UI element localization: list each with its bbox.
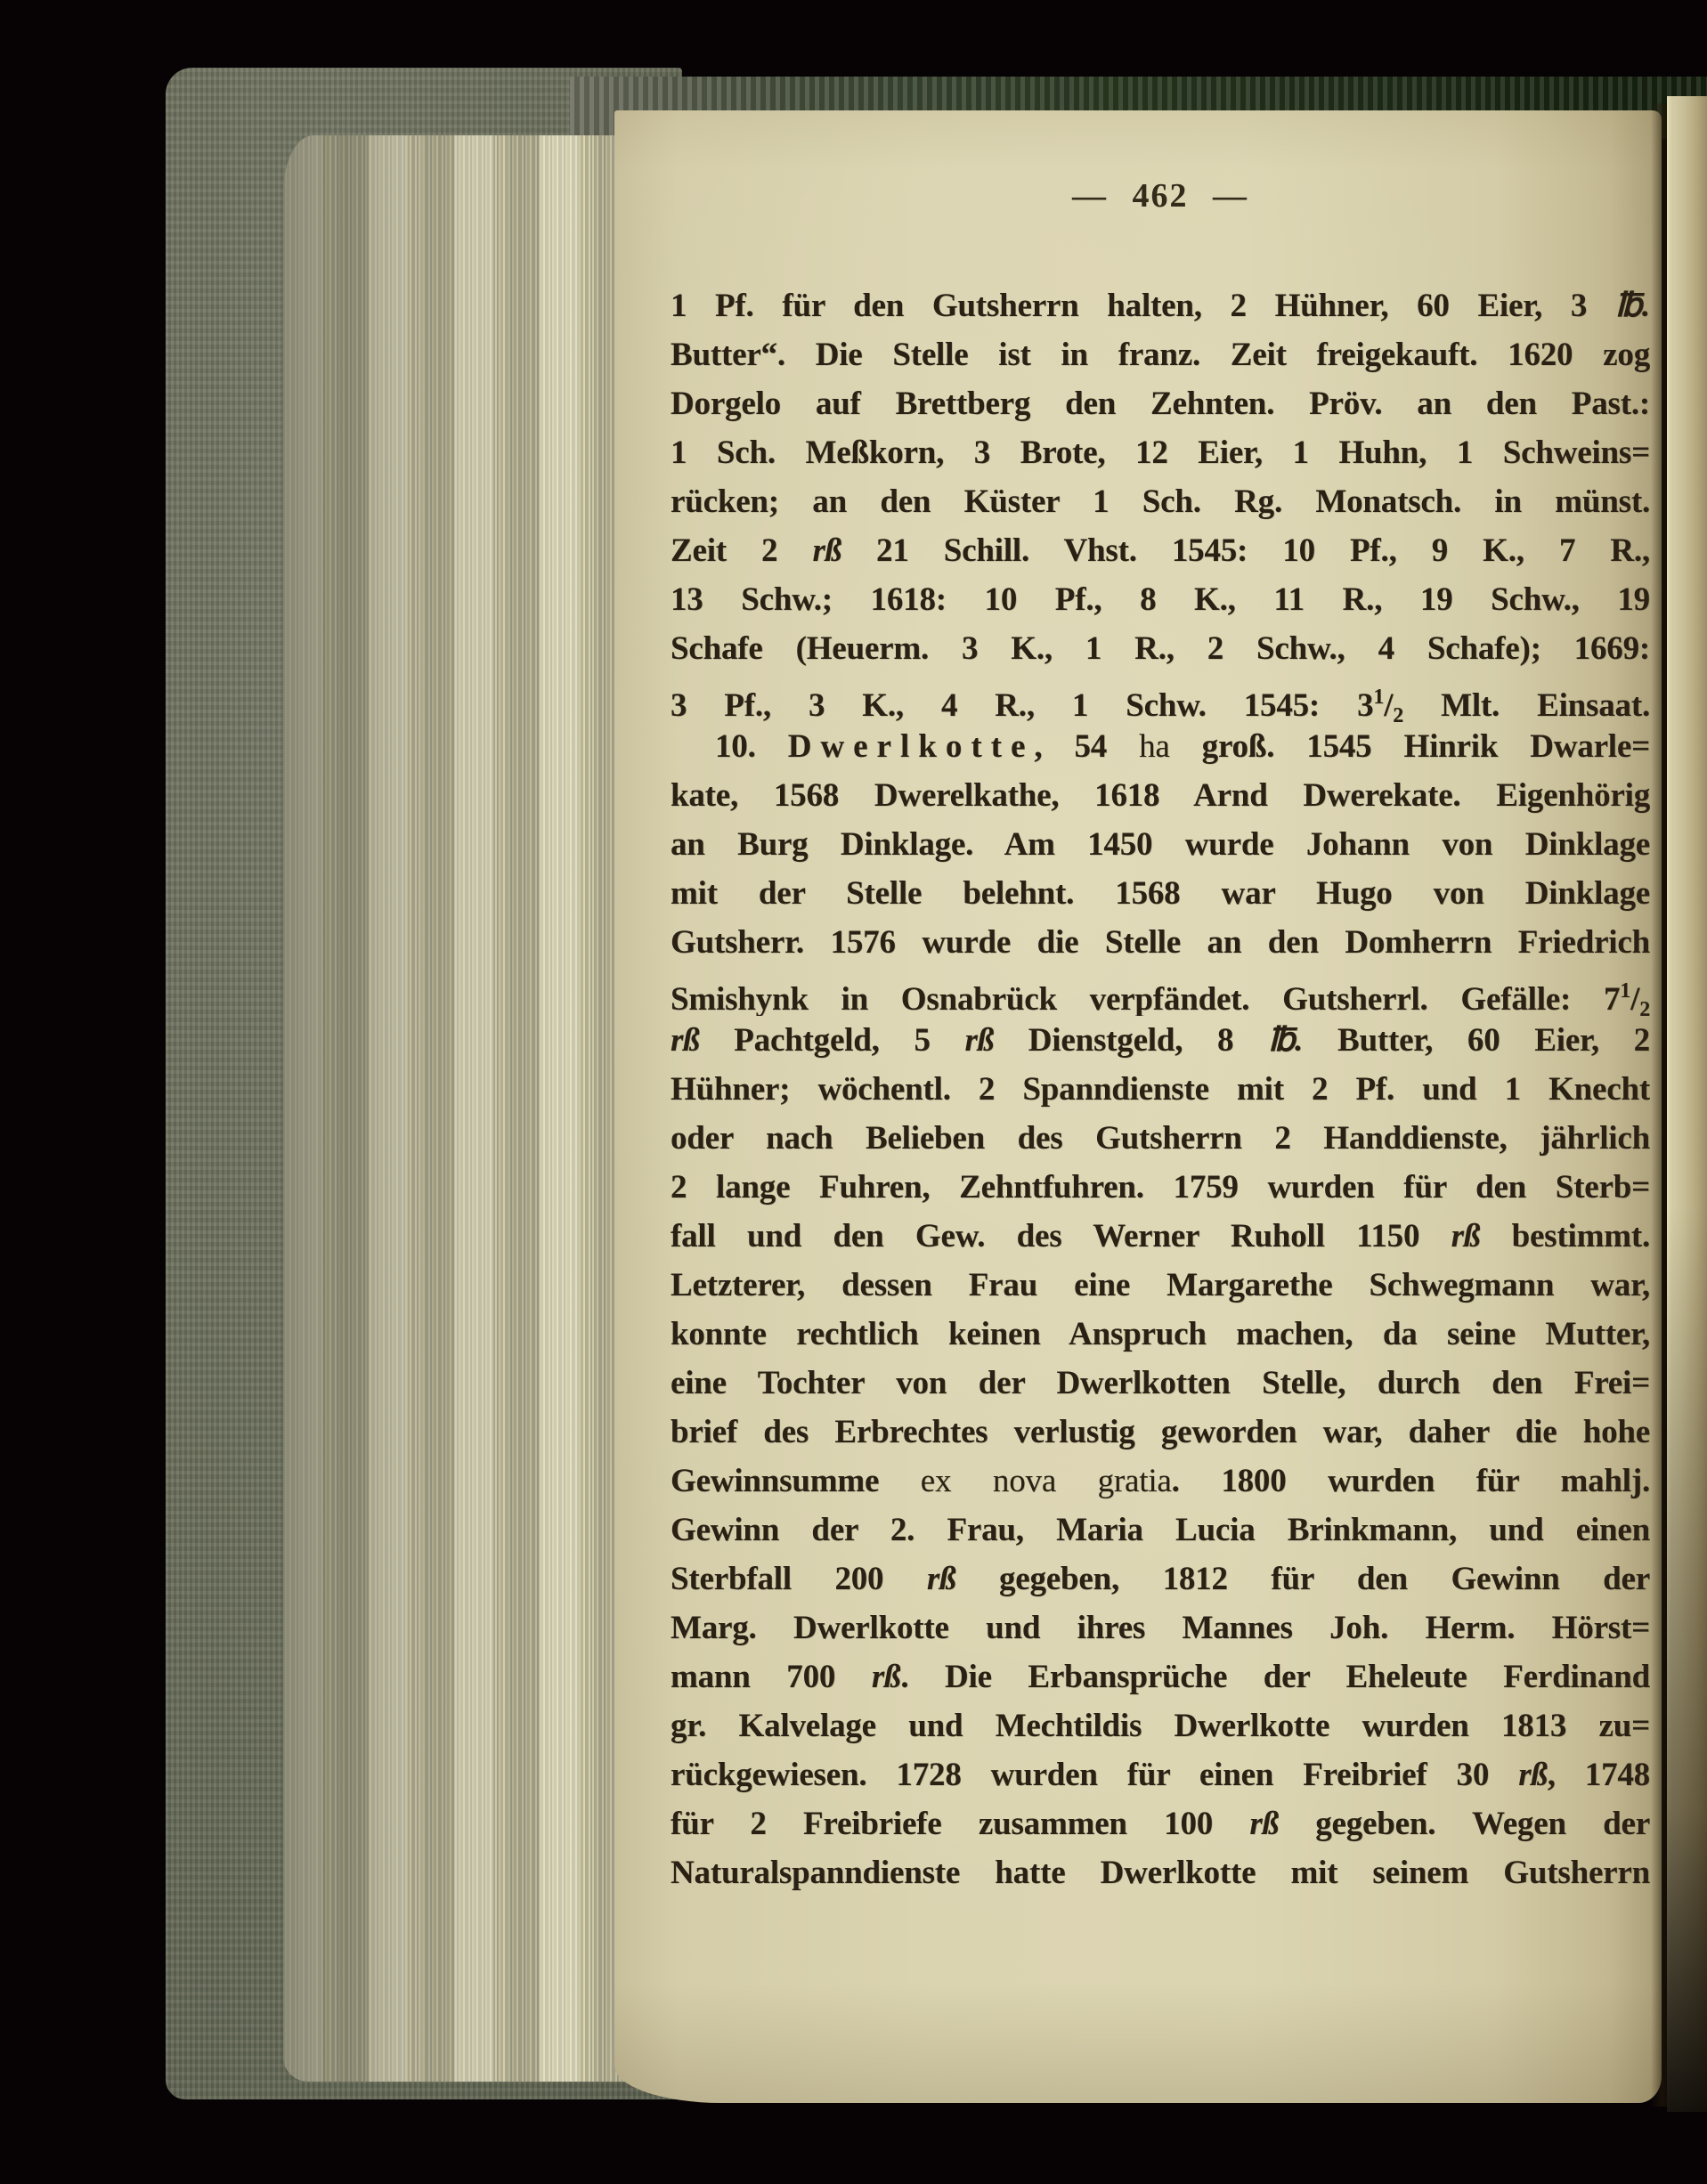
- text-segment: konnte rechtlich keinen Anspruch machen,…: [671, 1316, 1650, 1352]
- text-segment: Schafe (Heuerm. 3 K., 1 R., 2 Schw., 4 S…: [671, 630, 1650, 667]
- text-segment: groß. 1545 Hinrik Dwarle=: [1170, 728, 1650, 765]
- text-line: 13 Schw.; 1618: 10 Pf., 8 K., 11 R., 19 …: [671, 575, 1650, 624]
- text-segment: gegeben, 1812 für den Gewinn der: [955, 1561, 1650, 1597]
- text-line: rücken; an den Küster 1 Sch. Rg. Monatsc…: [671, 477, 1650, 526]
- text-line: 3 Pf., 3 K., 4 R., 1 Schw. 1545: 31/2 Ml…: [671, 673, 1650, 722]
- text-line: Butter“. Die Stelle ist in franz. Zeit f…: [671, 330, 1650, 379]
- text-segment: Dienstgeld, 8: [994, 1022, 1268, 1059]
- text-line: Dorgelo auf Brettberg den Zehnten. Pröv.…: [671, 379, 1650, 428]
- text-segment: Gewinnsumme: [671, 1463, 921, 1499]
- text-segment: rß: [1451, 1218, 1481, 1254]
- text-line: Zeit 2 rß 21 Schill. Vhst. 1545: 10 Pf.,…: [671, 526, 1650, 575]
- text-segment: Sterbfall 200: [671, 1561, 927, 1597]
- text-segment: oder nach Belieben des Gutsherrn 2 Handd…: [671, 1120, 1650, 1157]
- text-segment: für 2 Freibriefe zusammen 100: [671, 1806, 1249, 1842]
- text-segment: mit der Stelle belehnt. 1568 war Hugo vo…: [671, 875, 1650, 912]
- text-line: Naturalspanndienste hatte Dwerlkotte mit…: [671, 1848, 1650, 1897]
- text-segment: 2: [1639, 998, 1650, 1016]
- text-segment: ha: [1139, 728, 1170, 765]
- text-line: mann 700 rß. Die Erbansprüche der Eheleu…: [671, 1652, 1650, 1701]
- text-segment: mann 700: [671, 1659, 872, 1695]
- text-segment: rücken; an den Küster 1 Sch. Rg. Monatsc…: [671, 483, 1650, 520]
- photo-backdrop: — 462 — 1 Pf. für den Gutsherrn halten, …: [0, 0, 1707, 2184]
- text-segment: rß: [872, 1659, 901, 1695]
- text-segment: Mlt. Einsaat.: [1403, 687, 1650, 722]
- text-segment: bestimmt.: [1480, 1218, 1650, 1254]
- text-line: Gewinn der 2. Frau, Maria Lucia Brinkman…: [671, 1506, 1650, 1555]
- text-line: rückgewiesen. 1728 wurden für einen Frei…: [671, 1750, 1650, 1799]
- text-line: Hühner; wöchentl. 2 Spanndienste mit 2 P…: [671, 1065, 1650, 1114]
- text-segment: rß: [1249, 1806, 1279, 1842]
- text-line: 1 Sch. Meßkorn, 3 Brote, 12 Eier, 1 Huhn…: [671, 428, 1650, 477]
- text-line: für 2 Freibriefe zusammen 100 rß gegeben…: [671, 1799, 1650, 1848]
- text-segment: Dwerlkotte: [788, 728, 1035, 765]
- text-block: 1 Pf. für den Gutsherrn halten, 2 Hühner…: [671, 281, 1650, 1897]
- text-segment: Gewinn der 2. Frau, Maria Lucia Brinkman…: [671, 1512, 1650, 1548]
- text-segment: rß: [927, 1561, 956, 1597]
- text-line: Sterbfall 200 rß gegeben, 1812 für den G…: [671, 1555, 1650, 1603]
- text-segment: eine Tochter von der Dwerlkotten Stelle,…: [671, 1365, 1650, 1401]
- page-header: — 462 —: [671, 176, 1650, 215]
- text-segment: Letzterer, dessen Frau eine Margarethe S…: [671, 1267, 1650, 1303]
- text-segment: /: [1384, 687, 1393, 722]
- text-line: eine Tochter von der Dwerlkotten Stelle,…: [671, 1359, 1650, 1408]
- text-segment: fall und den Gew. des Werner Ruholl 1150: [671, 1218, 1451, 1254]
- text-segment: 13 Schw.; 1618: 10 Pf., 8 K., 11 R., 19 …: [671, 581, 1650, 618]
- text-line: gr. Kalvelage und Mechtildis Dwerlkotte …: [671, 1701, 1650, 1750]
- text-segment: Butter, 60 Eier, 2: [1303, 1022, 1650, 1059]
- text-line: rß Pachtgeld, 5 rß Dienstgeld, 8 ℔. Butt…: [671, 1016, 1650, 1065]
- text-segment: 1 Sch. Meßkorn, 3 Brote, 12 Eier, 1 Huhn…: [671, 434, 1650, 471]
- text-line: Smishynk in Osnabrück verpfändet. Gutshe…: [671, 967, 1650, 1016]
- text-segment: gegeben. Wegen der: [1279, 1806, 1650, 1842]
- text-segment: kate, 1568 Dwerelkathe, 1618 Arnd Dwerek…: [671, 777, 1650, 814]
- text-line: Letzterer, dessen Frau eine Margarethe S…: [671, 1261, 1650, 1310]
- text-segment: Dorgelo auf Brettberg den Zehnten. Pröv.…: [671, 386, 1650, 422]
- text-line: oder nach Belieben des Gutsherrn 2 Handd…: [671, 1114, 1650, 1163]
- text-segment: an Burg Dinklage. Am 1450 wurde Johann v…: [671, 826, 1650, 863]
- text-segment: 1 Pf. für den Gutsherrn halten, 2 Hühner…: [671, 288, 1615, 324]
- text-segment: , 54: [1034, 728, 1139, 765]
- text-segment: rß: [812, 532, 841, 569]
- text-segment: ℔.: [1268, 1022, 1303, 1059]
- text-segment: . 1800 wurden für mahlj.: [1172, 1463, 1650, 1499]
- text-line: fall und den Gew. des Werner Ruholl 1150…: [671, 1212, 1650, 1261]
- text-line: an Burg Dinklage. Am 1450 wurde Johann v…: [671, 820, 1650, 869]
- text-segment: 2: [1393, 704, 1403, 722]
- text-segment: 1: [1620, 979, 1630, 1003]
- text-segment: 2 lange Fuhren, Zehntfuhren. 1759 wurden…: [671, 1169, 1650, 1206]
- text-line: 10. Dwerlkotte, 54 ha groß. 1545 Hinrik …: [671, 722, 1650, 771]
- text-line: 1 Pf. für den Gutsherrn halten, 2 Hühner…: [671, 281, 1650, 330]
- text-segment: rß: [671, 1022, 700, 1059]
- text-segment: Hühner; wöchentl. 2 Spanndienste mit 2 P…: [671, 1071, 1650, 1108]
- text-segment: Naturalspanndienste hatte Dwerlkotte mit…: [671, 1855, 1650, 1891]
- text-line: Schafe (Heuerm. 3 K., 1 R., 2 Schw., 4 S…: [671, 624, 1650, 673]
- text-segment: 1: [1373, 686, 1384, 709]
- text-line: 2 lange Fuhren, Zehntfuhren. 1759 wurden…: [671, 1163, 1650, 1212]
- text-line: Gutsherr. 1576 wurde die Stelle an den D…: [671, 918, 1650, 967]
- text-segment: /: [1630, 981, 1639, 1016]
- text-segment: gr. Kalvelage und Mechtildis Dwerlkotte …: [671, 1708, 1650, 1744]
- text-segment: 3 Pf., 3 K., 4 R., 1 Schw. 1545: 3: [671, 687, 1373, 722]
- text-segment: 10.: [715, 728, 788, 765]
- text-segment: . Die Erbansprüche der Eheleute Ferdinan…: [900, 1659, 1650, 1695]
- text-segment: Smishynk in Osnabrück verpfändet. Gutshe…: [671, 981, 1620, 1016]
- text-segment: Marg. Dwerlkotte und ihres Mannes Joh. H…: [671, 1610, 1650, 1646]
- text-segment: ex nova gratia: [921, 1463, 1172, 1499]
- facing-page-sliver: [1667, 96, 1707, 2112]
- text-segment: 21 Schill. Vhst. 1545: 10 Pf., 9 K., 7 R…: [841, 532, 1650, 569]
- text-line: Marg. Dwerlkotte und ihres Mannes Joh. H…: [671, 1603, 1650, 1652]
- page-number: — 462 —: [1072, 177, 1248, 215]
- text-segment: ℔.: [1615, 288, 1650, 324]
- text-line: mit der Stelle belehnt. 1568 war Hugo vo…: [671, 869, 1650, 918]
- text-line: brief des Erbrechtes verlustig geworden …: [671, 1408, 1650, 1457]
- text-segment: Butter“. Die Stelle ist in franz. Zeit f…: [671, 337, 1650, 373]
- text-line: Gewinnsumme ex nova gratia. 1800 wurden …: [671, 1457, 1650, 1506]
- text-segment: Zeit 2: [671, 532, 812, 569]
- text-segment: Pachtgeld, 5: [700, 1022, 965, 1059]
- text-segment: rückgewiesen. 1728 wurden für einen Frei…: [671, 1757, 1518, 1793]
- text-segment: rß: [1518, 1757, 1548, 1793]
- text-line: konnte rechtlich keinen Anspruch machen,…: [671, 1310, 1650, 1359]
- book-page: — 462 — 1 Pf. für den Gutsherrn halten, …: [614, 110, 1662, 2103]
- text-segment: rß: [965, 1022, 995, 1059]
- text-line: kate, 1568 Dwerelkathe, 1618 Arnd Dwerek…: [671, 771, 1650, 820]
- text-segment: brief des Erbrechtes verlustig geworden …: [671, 1414, 1650, 1450]
- text-segment: Gutsherr. 1576 wurde die Stelle an den D…: [671, 924, 1650, 961]
- text-segment: , 1748: [1548, 1757, 1650, 1793]
